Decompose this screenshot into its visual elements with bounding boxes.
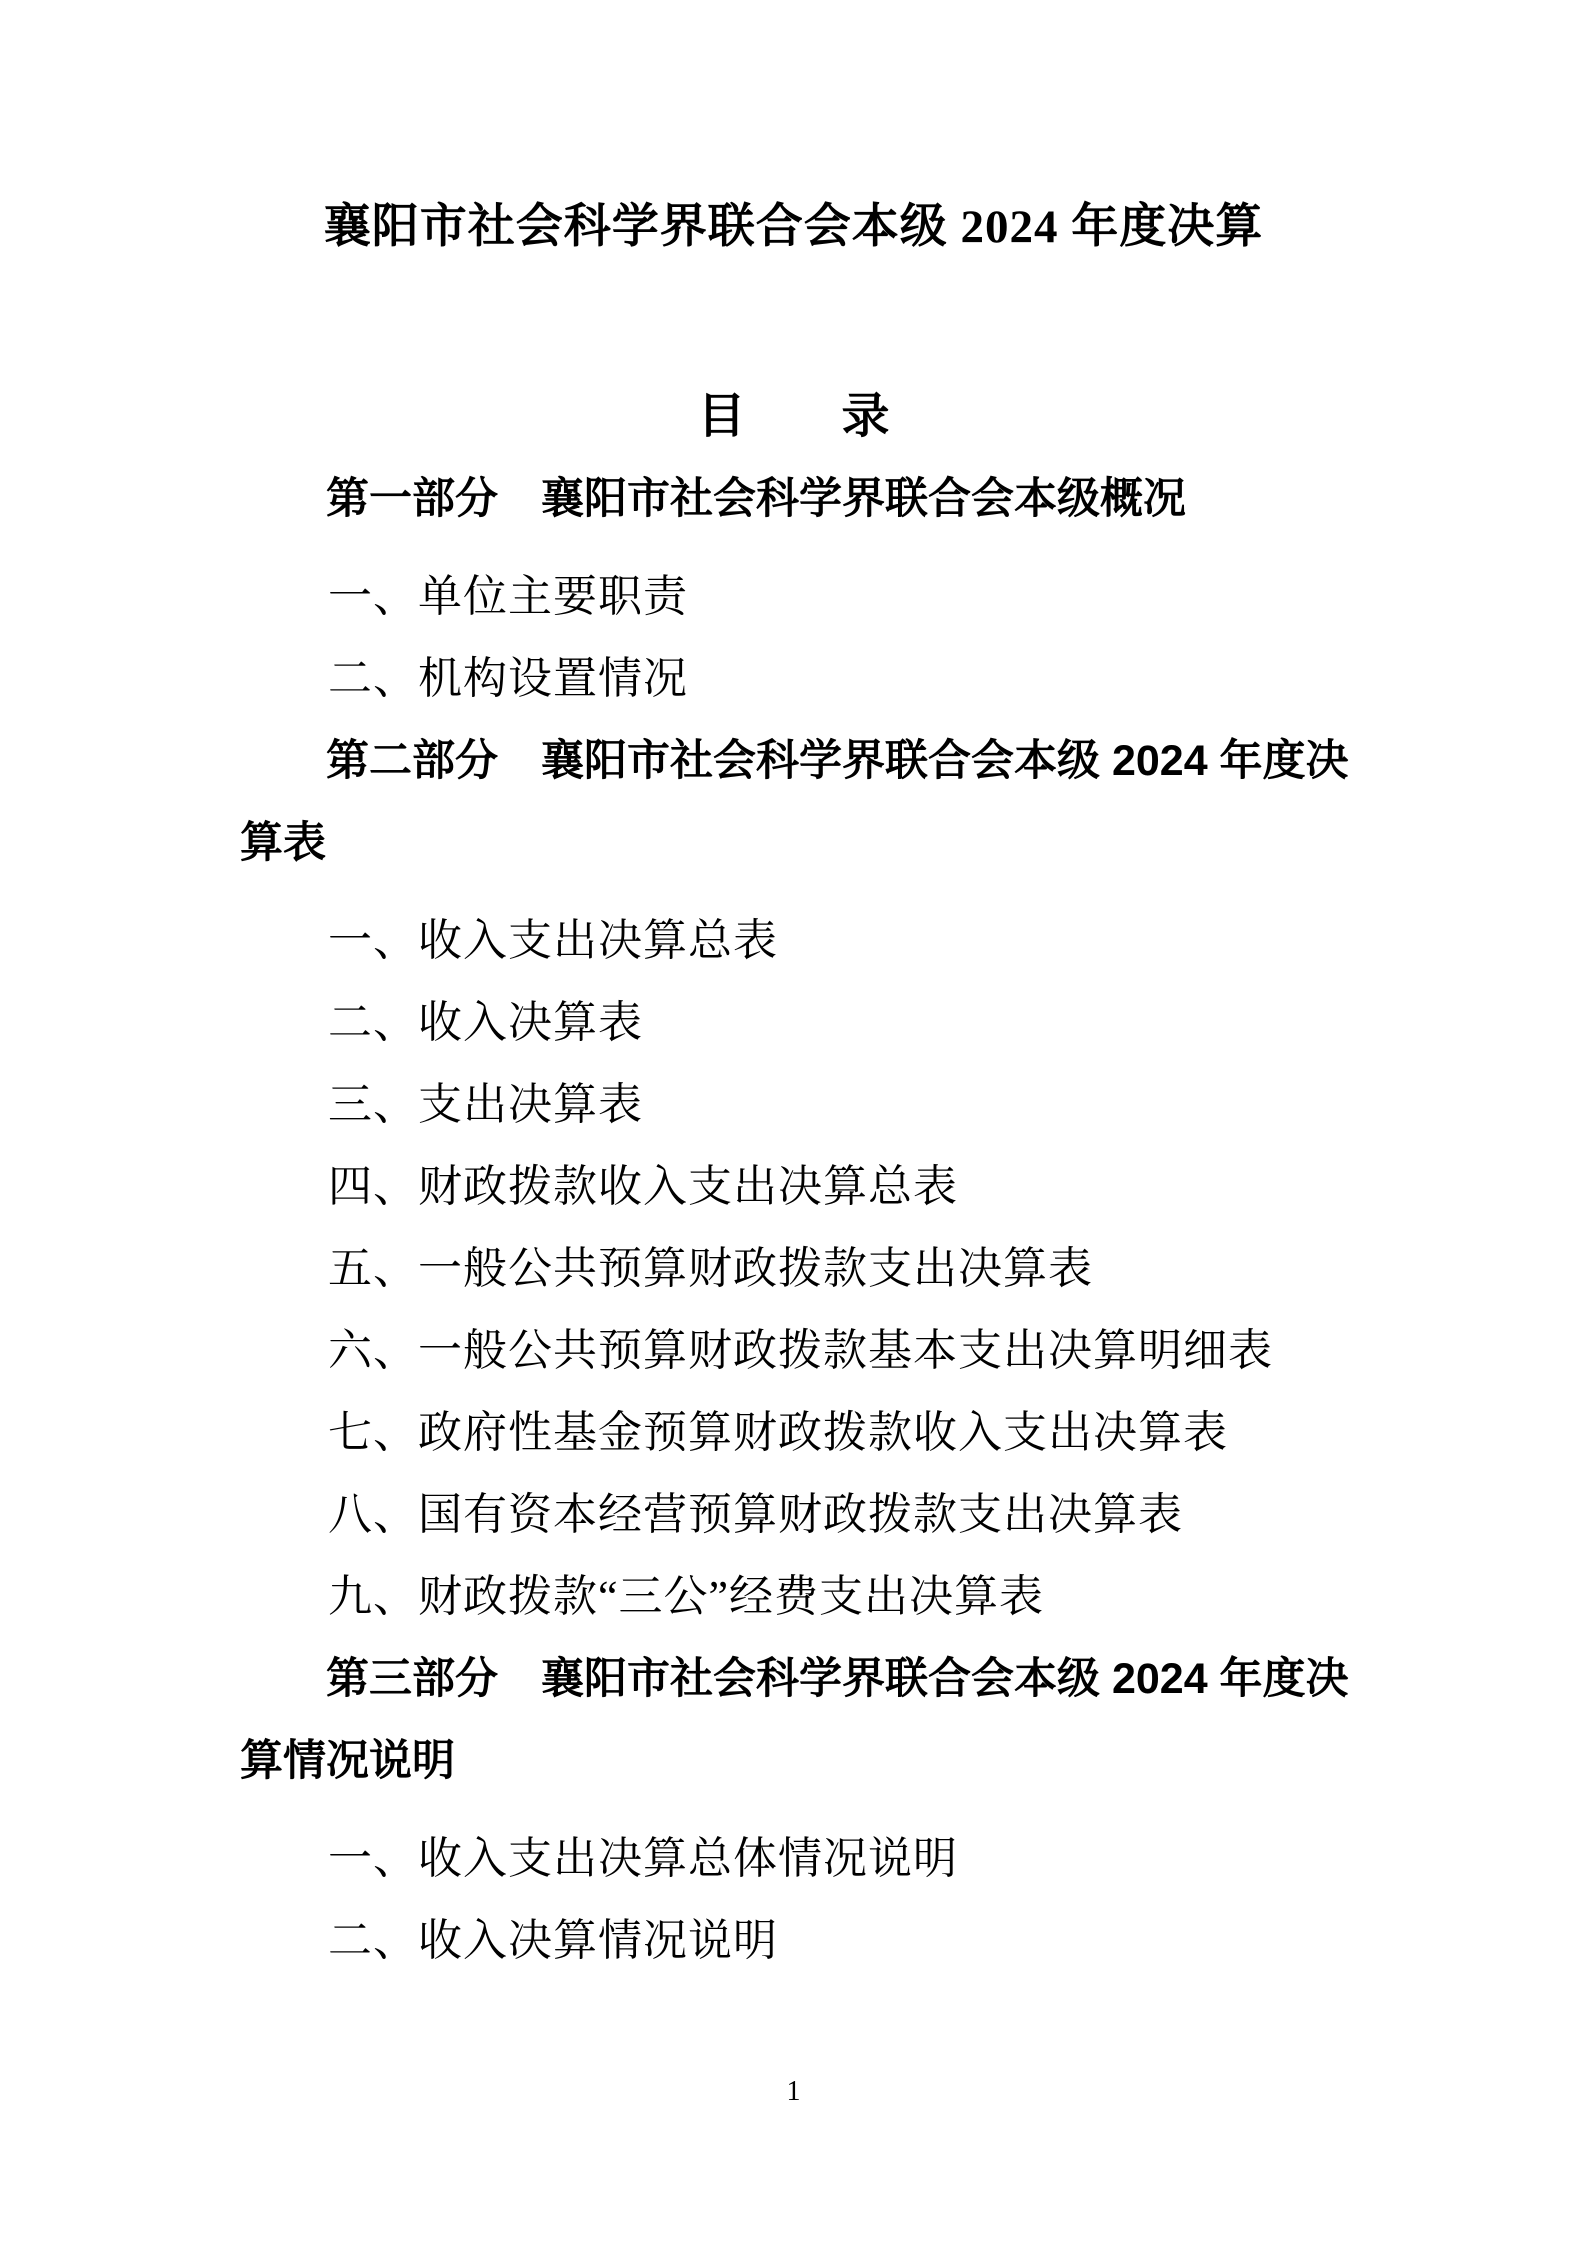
toc-part2-heading-line1: 第二部分 襄阳市社会科学界联合会本级 2024 年度决 — [326, 737, 1349, 785]
toc-entry: 四、财政拨款收入支出决算总表 — [240, 1146, 1347, 1228]
toc-entry: 二、收入决算表 — [240, 982, 1347, 1064]
toc-part2-heading-line2: 算表 — [240, 819, 326, 867]
toc-part1-heading: 第一部分 襄阳市社会科学界联合会本级概况 — [240, 458, 1347, 540]
toc-entry: 一、收入支出决算总表 — [240, 900, 1347, 982]
toc-part3-heading: 第三部分 襄阳市社会科学界联合会本级 2024 年度决算情况说明 — [240, 1638, 1347, 1802]
toc-entry: 七、政府性基金预算财政拨款收入支出决算表 — [240, 1392, 1347, 1474]
toc-entry: 九、财政拨款“三公”经费支出决算表 — [240, 1556, 1347, 1638]
toc-part3-heading-line2: 算情况说明 — [240, 1737, 455, 1785]
toc-entry: 八、国有资本经营预算财政拨款支出决算表 — [240, 1474, 1347, 1556]
toc-entry: 五、一般公共预算财政拨款支出决算表 — [240, 1228, 1347, 1310]
toc-part2-heading: 第二部分 襄阳市社会科学界联合会本级 2024 年度决算表 — [240, 720, 1347, 884]
toc-entry: 一、收入支出决算总体情况说明 — [240, 1818, 1347, 1900]
toc-entry: 六、一般公共预算财政拨款基本支出决算明细表 — [240, 1310, 1347, 1392]
page-number: 1 — [0, 2072, 1587, 2112]
toc-part3-heading-line1: 第三部分 襄阳市社会科学界联合会本级 2024 年度决 — [326, 1655, 1349, 1703]
toc-entry: 二、机构设置情况 — [240, 638, 1347, 720]
toc-entry: 二、收入决算情况说明 — [240, 1900, 1347, 1982]
toc-entry: 三、支出决算表 — [240, 1064, 1347, 1146]
document-title: 襄阳市社会科学界联合会本级 2024 年度决算 — [240, 196, 1347, 258]
document-page: 襄阳市社会科学界联合会本级 2024 年度决算 目 录 第一部分 襄阳市社会科学… — [0, 0, 1587, 2245]
toc-entry: 一、单位主要职责 — [240, 556, 1347, 638]
toc-heading: 目 录 — [240, 376, 1347, 458]
